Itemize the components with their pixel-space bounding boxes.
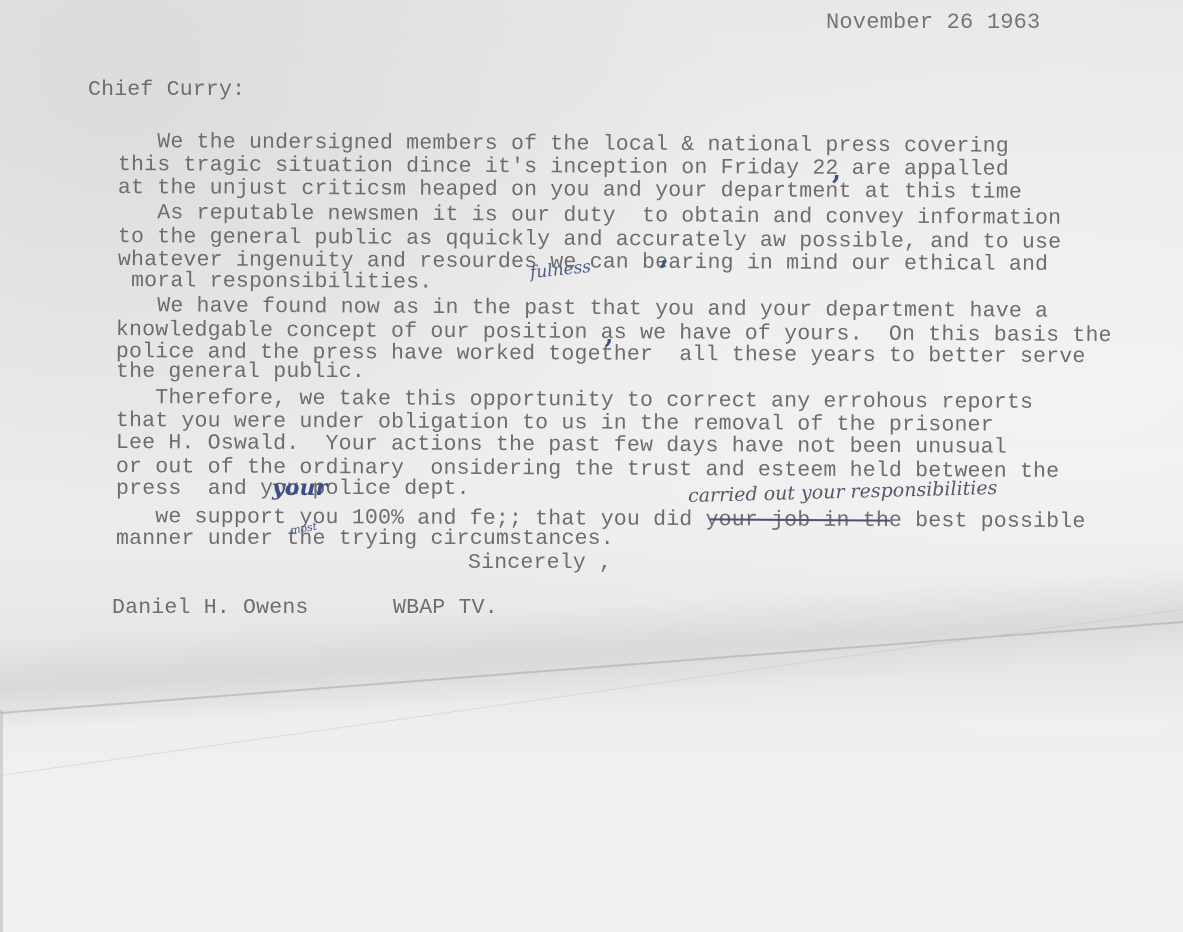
paper-edge [0, 710, 3, 932]
closing: Sincerely , [468, 553, 612, 575]
letter-line: moral responsibilities. [118, 271, 433, 294]
signature-organization: WBAP TV. [393, 598, 498, 620]
letter-line: at the unjust criticsm heaped on you and… [118, 178, 1022, 204]
handwritten-overwrite-your: your [272, 477, 327, 499]
letter-date: November 26 1963 [826, 12, 1040, 34]
handwritten-comma-1: , [832, 158, 841, 184]
lower-paper [0, 760, 1183, 932]
letter-line: manner under the trying circumstances. [116, 529, 614, 551]
handwritten-comma-2: , [660, 244, 668, 268]
signature-name: Daniel H. Owens [112, 598, 309, 620]
salutation: Chief Curry: [88, 80, 245, 102]
letter-line: the general public. [116, 362, 365, 384]
handwritten-comma-3: , [605, 323, 613, 347]
